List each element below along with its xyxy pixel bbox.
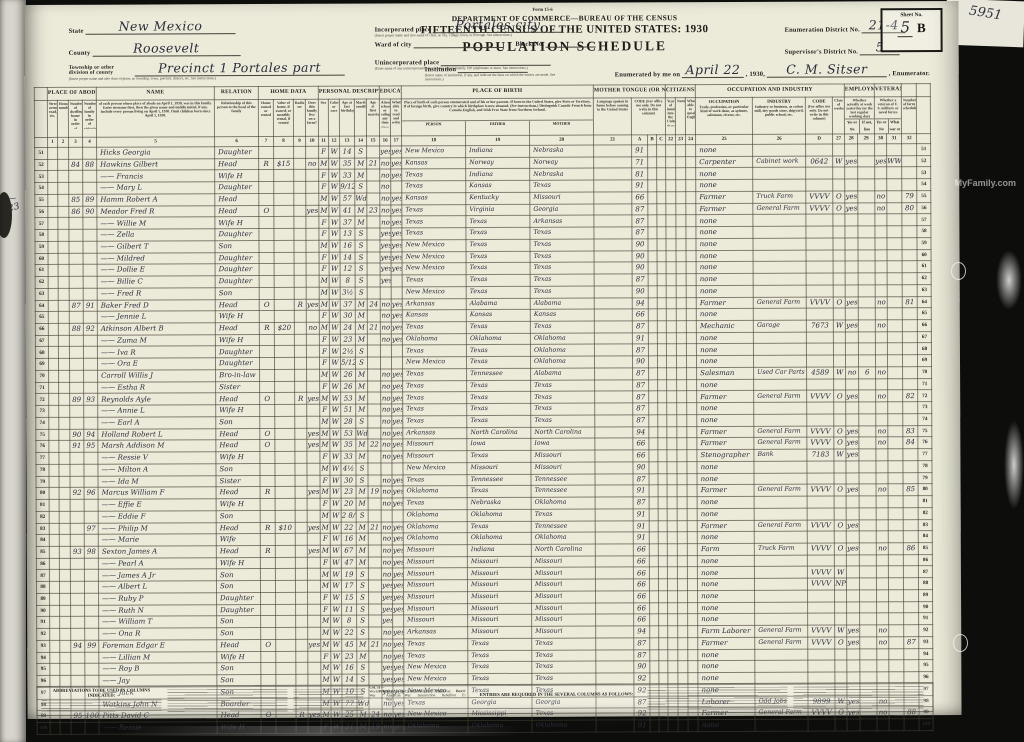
cell-rw: yes: [392, 568, 403, 580]
cell-cb: [650, 614, 659, 626]
cell-farm: [307, 498, 320, 510]
cell-occ: Stenographer: [697, 449, 754, 461]
cell-sch: no: [380, 205, 391, 217]
column-description: Whether a veteran of U. S. military or n…: [874, 97, 901, 134]
cell-race: W: [330, 416, 341, 428]
cell-ln: 73: [36, 406, 49, 418]
cell-own: [261, 628, 276, 640]
column-description: Age at last birthday: [339, 99, 354, 136]
cell-cls: O: [834, 390, 846, 402]
cell-bm: Nebraska: [530, 145, 594, 157]
cell-house: [58, 147, 69, 159]
column-description: Number of family in order of visitation: [82, 100, 96, 137]
institution-field: Institution (Insert name of institution,…: [425, 66, 575, 82]
cell-age: 37: [340, 217, 355, 229]
cell-agm: 23: [367, 205, 380, 217]
cell-occ: none: [696, 227, 753, 239]
cell-war: [888, 449, 903, 461]
cell-c24: [688, 661, 698, 673]
cell-val: [274, 193, 294, 205]
cell-c22: [666, 274, 676, 286]
cell-ind: [755, 578, 808, 590]
cell-vet: [875, 261, 887, 273]
cell-street: [49, 511, 59, 523]
cell-cls: W: [835, 566, 847, 578]
cell-val: [275, 393, 295, 405]
township-field: Township or other division of county Pre…: [69, 60, 369, 81]
cell-house: [60, 605, 71, 617]
veteran-abbreviation: Spanish-American WarSp: [386, 690, 405, 702]
cell-rad: [295, 522, 307, 534]
cell-cc: [658, 497, 667, 509]
cell-emp: [847, 660, 860, 672]
cell-street: [49, 464, 59, 476]
cell-c22: [667, 462, 677, 474]
cell-dw: [70, 511, 84, 523]
cell-sch: [380, 287, 391, 299]
cell-ind: General Farm: [754, 426, 807, 438]
cell-c23: [676, 145, 686, 157]
cell-dw: 86: [69, 206, 83, 218]
cell-race: W: [329, 346, 340, 358]
cell-cb: [649, 485, 658, 497]
cell-vet: [875, 285, 887, 297]
cell-mar: M: [356, 439, 368, 451]
cell-c24: [687, 508, 697, 520]
cell-farm: [307, 357, 320, 369]
cell-sex: M: [319, 240, 329, 252]
cell-house: [59, 452, 70, 464]
cell-ocode: [806, 250, 833, 262]
cell-own: [260, 463, 275, 475]
cell-house: [59, 558, 70, 570]
cell-mar: S: [355, 181, 367, 193]
cell-street: [48, 206, 58, 218]
cell-dw: [70, 405, 84, 417]
cell-house: [58, 288, 69, 300]
cell-lnr: 71: [918, 378, 932, 390]
cell-sch: no: [382, 651, 393, 663]
cell-occ: none: [696, 215, 753, 227]
cell-rw: yes: [392, 439, 403, 451]
cell-rad: [294, 311, 306, 323]
cell-vet: no: [875, 202, 887, 214]
cell-vet: [877, 590, 889, 602]
cell-ocode: [807, 508, 834, 520]
cell-own: O: [259, 205, 274, 217]
cell-occ: none: [696, 262, 753, 274]
cell-bp: Oklahoma: [403, 533, 467, 545]
cell-cb: [649, 520, 658, 532]
cell-fs: [903, 496, 918, 508]
cell-race: W: [330, 428, 341, 440]
cell-rad: [294, 205, 306, 217]
cell-code: 91: [632, 333, 648, 345]
cell-farm: [306, 334, 319, 346]
cell-lnr: 81: [918, 496, 932, 508]
cell-name: —— Ressie V: [98, 452, 216, 464]
cell-cls: O: [834, 519, 846, 531]
cell-sex: M: [320, 522, 330, 534]
cell-mar: M: [356, 533, 368, 545]
cell-name: —— Eddie F: [98, 510, 216, 522]
cell-ind: [753, 168, 806, 180]
cell-cc: [657, 297, 666, 309]
cell-house: [58, 253, 69, 265]
cell-occ: none: [697, 461, 754, 473]
cell-bm: Missouri: [532, 579, 596, 591]
cell-tongue: [596, 638, 634, 650]
column-number: 13: [340, 136, 355, 146]
cell-occ: Farmer: [697, 485, 754, 497]
cell-fs: [904, 566, 919, 578]
cell-ln: 95: [37, 664, 50, 676]
cell-bm: North Carolina: [531, 427, 595, 439]
cell-code: 90: [632, 250, 648, 262]
cell-sex: M: [320, 369, 330, 381]
cell-cls: [833, 214, 845, 226]
cell-rw: yes: [392, 521, 403, 533]
cell-house: [59, 582, 70, 594]
cell-tongue: [594, 251, 632, 263]
cell-bm: North Carolina: [531, 544, 595, 556]
cell-street: [49, 535, 59, 547]
cell-bp: Missouri: [404, 580, 468, 592]
cell-ind: Truck Farm: [753, 191, 806, 203]
cell-vet: no: [877, 637, 889, 649]
cell-c22: [667, 450, 677, 462]
cell-dw: 93: [70, 546, 84, 558]
cell-dw: [71, 617, 85, 629]
cell-ind: General Farm: [753, 297, 806, 309]
cell-ocode: [806, 167, 833, 179]
fine-print: [647, 687, 787, 712]
cell-own: [260, 498, 275, 510]
cell-dw: [69, 229, 83, 241]
cell-fam: [84, 405, 98, 417]
cell-mar: S: [356, 475, 368, 487]
cell-c23: [677, 415, 687, 427]
cell-cc: [658, 356, 667, 368]
cell-bf: Nebraska: [467, 497, 531, 509]
cell-c23: [676, 250, 686, 262]
cell-name: —— Pearl A: [98, 557, 216, 569]
column-number: 32: [902, 134, 917, 144]
cell-ind: [753, 144, 806, 156]
cell-emp: yes: [845, 320, 858, 332]
cell-agm: [368, 451, 381, 463]
cell-dw: 92: [70, 488, 84, 500]
cell-war: [887, 296, 902, 308]
cell-emp: [846, 355, 859, 367]
cell-ind: Garage: [753, 320, 806, 332]
cell-war: [888, 543, 903, 555]
cell-ocode: [808, 613, 835, 625]
cell-ln: 63: [35, 288, 48, 300]
cell-bm: Missouri: [531, 567, 595, 579]
cell-ln: 67: [35, 335, 48, 347]
cell-c23: [676, 332, 686, 344]
cell-name: —— Ruth N: [99, 604, 217, 616]
cell-rw: yes: [391, 240, 402, 252]
cell-c22: [667, 391, 677, 403]
cell-c24: [686, 332, 696, 344]
cell-dw: [69, 218, 83, 230]
cell-ind: General Farm: [754, 391, 807, 403]
cell-house: [58, 171, 69, 183]
cell-own: R: [259, 158, 274, 170]
cell-ocode: [807, 402, 834, 414]
cell-cc: [658, 544, 667, 556]
cell-rel: Wife H: [217, 651, 261, 663]
cell-ln: 53: [35, 171, 48, 183]
cell-rw: yes: [391, 216, 402, 228]
cell-ocode: [808, 719, 835, 731]
cell-own: R: [260, 522, 275, 534]
cell-bp: Missouri: [404, 603, 468, 615]
cell-unl: [859, 449, 876, 461]
cell-bm: Texas: [531, 403, 595, 415]
cell-rel: Wife H: [215, 217, 259, 229]
cell-unl: [858, 296, 875, 308]
cell-name: Baker Fred D: [97, 299, 215, 311]
cell-agm: [368, 510, 381, 522]
cell-ind: [755, 590, 808, 602]
cell-cls: [834, 402, 846, 414]
cell-bf: Missouri: [468, 615, 532, 627]
cell-street: [49, 488, 59, 500]
cell-rw: yes: [392, 580, 403, 592]
cell-vet: [876, 531, 888, 543]
cell-tongue: [596, 614, 634, 626]
cell-name: —— Francis: [97, 170, 215, 182]
cell-fam: 89: [83, 194, 97, 206]
cell-c24: [686, 274, 696, 286]
cell-ind: [753, 308, 806, 320]
cell-code: 94: [632, 297, 648, 309]
cell-fam: 96: [84, 488, 98, 500]
cell-fs: 86: [903, 543, 918, 555]
cell-race: W: [329, 252, 340, 264]
cell-mar: M: [356, 451, 368, 463]
cell-vet: [875, 332, 887, 344]
cell-cls: [833, 285, 845, 297]
cell-agm: 21: [367, 158, 380, 170]
cell-val: [274, 299, 294, 311]
cell-fs: [902, 144, 917, 156]
cell-rel: Head: [216, 487, 260, 499]
cell-own: [259, 264, 274, 276]
cell-ind: Used Car Parts: [754, 367, 807, 379]
cell-ln: 55: [35, 194, 48, 206]
cell-code: 91: [633, 532, 649, 544]
cell-code: 87: [633, 403, 649, 415]
cell-agm: 19: [368, 486, 381, 498]
cell-bf: Texas: [466, 251, 530, 263]
cell-rel: Head: [216, 428, 260, 440]
scan-artifact-blotch: [996, 250, 1022, 310]
cell-bm: Texas: [530, 274, 594, 286]
cell-war: [887, 285, 902, 297]
cell-tongue: [594, 344, 632, 356]
cell-bp: Arkansas: [402, 298, 466, 310]
cell-ocode: [807, 555, 834, 567]
cell-tongue: [594, 333, 632, 345]
cell-rad: [295, 463, 307, 475]
cell-ind: [755, 567, 808, 579]
cell-cc: [659, 602, 668, 614]
cell-house: [59, 488, 70, 500]
cell-cb: [649, 379, 658, 391]
cell-street: [49, 370, 59, 382]
cell-agm: [368, 404, 381, 416]
cell-race: W: [329, 170, 340, 182]
cell-emp: [845, 238, 858, 250]
cell-ind: General Farm: [753, 203, 806, 215]
column-group-header: EMPLOYMENT: [844, 84, 874, 97]
cell-dw: [69, 359, 83, 371]
cell-ind: [753, 238, 806, 250]
cell-occ: Farmer: [696, 191, 753, 203]
cell-street: [48, 359, 58, 371]
cell-dw: [69, 312, 83, 324]
cell-mar: M: [356, 392, 368, 404]
cell-sex: M: [320, 428, 330, 440]
cell-fs: [902, 261, 917, 273]
cell-sch: no: [380, 169, 391, 181]
cell-occ: Farmer: [698, 637, 755, 649]
cell-sex: M: [320, 440, 330, 452]
cell-c24: [688, 591, 698, 603]
cell-fam: [84, 382, 98, 394]
cell-house: [60, 664, 71, 676]
cell-age: 28: [341, 416, 356, 428]
cell-c23: [678, 661, 688, 673]
cell-vet: [876, 355, 888, 367]
cell-code: 66: [632, 192, 648, 204]
cell-agm: [367, 252, 380, 264]
cell-emp: [845, 332, 858, 344]
cell-rel: Wife H: [216, 499, 260, 511]
cell-occ: Farmer: [696, 203, 753, 215]
cell-tongue: [595, 356, 633, 368]
cell-bf: Texas: [466, 345, 530, 357]
cell-house: [58, 206, 69, 218]
cell-tongue: [594, 309, 632, 321]
cell-cb: [650, 649, 659, 661]
cell-race: W: [330, 533, 341, 545]
column-description: Number of dwelling house in order of vis…: [68, 100, 82, 137]
cell-dw: [69, 276, 83, 288]
column-number: 19: [466, 135, 530, 145]
cell-bm: Tennessee: [531, 521, 595, 533]
cell-war: [887, 308, 902, 320]
cell-cls: [833, 308, 845, 320]
cell-tongue: [594, 274, 632, 286]
cell-rad: [295, 545, 307, 557]
cell-street: [48, 171, 58, 183]
cell-bm: Oklahoma: [531, 356, 595, 368]
cell-rw: yes: [392, 486, 403, 498]
cell-c22: [666, 286, 676, 298]
cell-rel: Head: [216, 440, 260, 452]
cell-bp: New Mexico: [402, 251, 466, 263]
cell-rel: Son: [217, 663, 261, 675]
cell-race: W: [330, 522, 341, 534]
cell-farm: yes: [307, 522, 320, 534]
cell-street: [48, 276, 58, 288]
cell-occ: none: [696, 273, 753, 285]
cell-bf: Texas: [466, 286, 530, 298]
cell-val: [274, 217, 294, 229]
cell-c22: [666, 156, 676, 168]
cell-fam: 91: [83, 300, 97, 312]
cell-c22: [666, 239, 676, 251]
cell-sch: no: [382, 627, 393, 639]
cell-cc: [659, 614, 668, 626]
cell-name: Holland Robert L: [98, 428, 216, 440]
cell-ln: 87: [36, 570, 49, 582]
cell-ln: 76: [36, 441, 49, 453]
cell-code: 66: [633, 450, 649, 462]
cell-name: Marsh Addison M: [98, 440, 216, 452]
cell-fs: 80: [902, 202, 917, 214]
cell-cb: [648, 145, 657, 157]
cell-occ: none: [698, 567, 755, 579]
cell-fs: [904, 648, 919, 660]
cell-c22: [667, 555, 677, 567]
cell-ln: 94: [37, 652, 50, 664]
cell-emp: no: [846, 367, 859, 379]
column-number: 16: [380, 136, 391, 146]
cell-bp: Texas: [403, 404, 467, 416]
cell-rw: yes: [392, 498, 403, 510]
cell-ln: 60: [35, 253, 48, 265]
cell-cls: [833, 179, 845, 191]
cell-c24: [686, 192, 696, 204]
cell-cc: [657, 286, 666, 298]
cell-race: W: [331, 662, 342, 674]
cell-rad: [295, 369, 307, 381]
cell-house: [58, 159, 69, 171]
column-description: Naturalization: [675, 98, 685, 135]
cell-race: W: [331, 639, 342, 651]
column-description: OCCUPATIONTrade, profession, or particul…: [695, 97, 752, 134]
cell-war: [889, 578, 904, 590]
cell-bp: Texas: [403, 369, 467, 381]
cell-unl: [859, 414, 876, 426]
cell-race: W: [330, 475, 341, 487]
cell-bp: New Mexico: [403, 357, 467, 369]
cell-name: Carroll Willis J: [98, 370, 216, 382]
column-number: 31: [887, 134, 902, 144]
cell-code: 66: [634, 602, 650, 614]
cell-cc: [658, 509, 667, 521]
cell-mar: M: [355, 158, 367, 170]
cell-cb: [648, 333, 657, 345]
cell-name: —— Earl A: [98, 417, 216, 429]
cell-ocode: VVVV: [807, 390, 834, 402]
cell-bm: Missouri: [532, 603, 596, 615]
cell-age: 16: [340, 240, 355, 252]
cell-c23: [677, 485, 687, 497]
cell-rw: yes: [392, 392, 403, 404]
cell-street: [50, 664, 60, 676]
cell-race: W: [330, 510, 341, 522]
cell-house: [59, 476, 70, 488]
cell-bm: Georgia: [530, 204, 594, 216]
cell-emp: [845, 308, 858, 320]
